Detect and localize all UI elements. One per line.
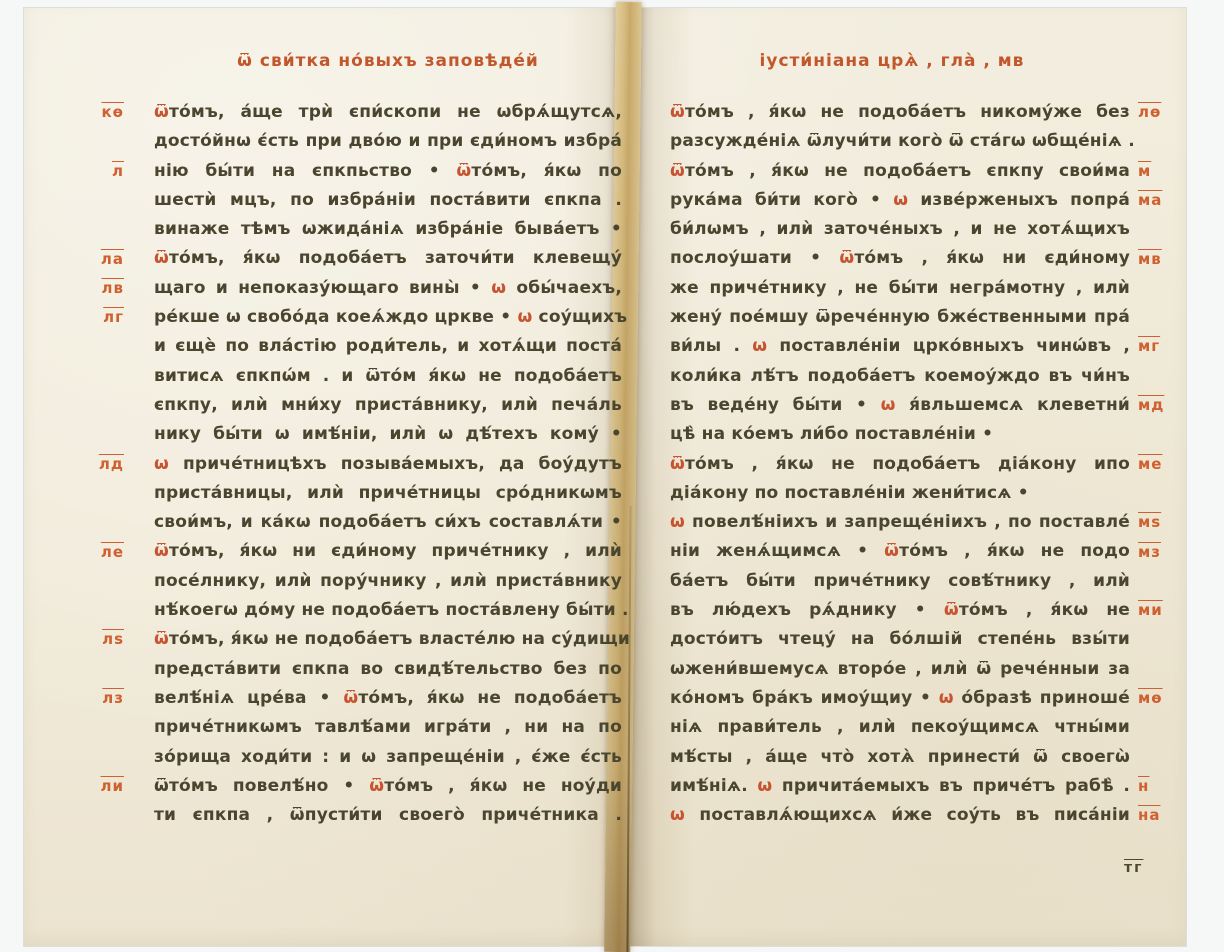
text-line: имѣ́ніѧ. ѡ причита́емыхъ въ приче́тъ раб… [670, 772, 1130, 801]
rubric-initial: ѿ [839, 248, 854, 268]
text-line: приче́тникѡмъ тавлѣ́ами игра́ти , ни на … [154, 713, 622, 742]
left-text-block: ѿто́мъ, а́ще трѝ єпи́скопи не ѡбрѧ́щутсѧ… [154, 98, 622, 830]
text-line: рука́ма би́ти кого̀ • ѡ изве́рженыхъ поп… [670, 186, 1130, 215]
margin-chapter-number: мг [1138, 332, 1186, 361]
margin-chapter-number: ма [1138, 186, 1186, 215]
text-line: ѿто́мъ , я́кѡ не подоба́етъ никому́же бе… [670, 98, 1130, 127]
margin-chapter-number: ла [76, 245, 124, 274]
rubric-initial: ѡ [491, 278, 506, 298]
text-line: ѿто́мъ , я́кѡ не подоба́етъ єпкпу свои́м… [670, 157, 1130, 186]
rubric-initial: ѿ [154, 248, 169, 268]
text-line: ѿто́мъ , я́кѡ не подоба́етъ діа́кону ипо [670, 450, 1130, 479]
text-line: коли́ка лѣ́тъ подоба́етъ коемоу́ждо въ ч… [670, 362, 1130, 391]
rubric-initial: ѿ [154, 541, 169, 561]
rubric-initial: ѡ [939, 688, 954, 708]
margin-chapter-number: лз [76, 684, 124, 713]
margin-chapter-number: мд [1138, 391, 1186, 420]
margin-chapter-number: л [76, 157, 124, 186]
rubric-initial: ѡ [670, 512, 685, 532]
margin-chapter-number: лѳ [1138, 98, 1186, 127]
margin-chapter-number: кѳ [76, 98, 124, 127]
rubric-initial: ѿ [884, 541, 899, 561]
margin-chapter-number: лд [76, 450, 124, 479]
text-line: досто́йнѡ є́сть при дво́ю и при єди́номъ… [154, 127, 622, 156]
rubric-initial: ѿ [670, 454, 685, 474]
rubric-initial: ѡ [154, 454, 169, 474]
text-line: приста́вницы, илѝ приче́тницы сро́дникѡм… [154, 479, 622, 508]
text-line: ніи женѧ́щимсѧ • ѿто́мъ , я́кѡ не подо [670, 537, 1130, 566]
margin-chapter-number: н [1138, 772, 1186, 801]
rubric-initial: ѡ [881, 395, 896, 415]
text-line: ѿто́мъ, я́кѡ не подоба́етъ власте́лю на … [154, 625, 622, 654]
text-line: ѿто́мъ, я́кѡ подоба́етъ заточи́ти клевещ… [154, 244, 622, 273]
margin-chapter-number: ми [1138, 596, 1186, 625]
right-text-block: ѿто́мъ , я́кѡ не подоба́етъ никому́же бе… [670, 98, 1130, 830]
paper-spread: ѿ сви́тка но́выхъ заповѣде́й кѳллалвлглд… [24, 8, 1186, 946]
text-line: винаже тѣмъ ѡжида́ніѧ избра́ніе быва́етъ… [154, 215, 622, 244]
margin-chapter-number: мѳ [1138, 684, 1186, 713]
text-line: послоу́шати • ѿто́мъ , я́кѡ ни єди́ному [670, 244, 1130, 273]
text-line: єпкпу, илѝ мни́ху приста́внику, илѝ печа… [154, 391, 622, 420]
rubric-initial: ѿ [456, 161, 471, 181]
quire-signature: тг [1124, 860, 1172, 876]
text-line: діа́кону по поставле́ніи жени́тисѧ • [670, 479, 1130, 508]
rubric-initial: ѡ [752, 336, 767, 356]
book-scan: ѿ сви́тка но́выхъ заповѣде́й кѳллалвлглд… [0, 0, 1224, 952]
text-line: ѡ поставлѧ́ющихсѧ и́же соу́ть въ писа́ні… [670, 801, 1130, 830]
rubric-initial: ѿ [670, 161, 685, 181]
text-line: нѣ́коегѡ до́му не подоба́етъ поста́влену… [154, 596, 622, 625]
rubric-initial: ѿ [369, 776, 384, 796]
text-line: посе́лнику, илѝ пору́чнику , илѝ приста́… [154, 567, 622, 596]
right-margin-rail: лѳммамвмгмдмемѕмзмимѳнна [1138, 98, 1186, 838]
text-line: свои́мъ, и ка́кѡ подоба́етъ си́хъ состав… [154, 508, 622, 537]
margin-chapter-number: ме [1138, 450, 1186, 479]
text-line: ѡжени́вшемусѧ второ́е , илѝ ѿ рече́нныи … [670, 655, 1130, 684]
text-line: шестѝ мцъ, по избра́ніи поста́вити єпкпа… [154, 186, 622, 215]
text-line: же приче́тнику , не бы́ти негра́мотну , … [670, 274, 1130, 303]
margin-chapter-number: м [1138, 157, 1186, 186]
text-line: досто́итъ чтецу́ на бо́лшій степе́нь взы… [670, 625, 1130, 654]
text-line: и єщѐ по вла́стію роди́тель, и хотѧ́щи п… [154, 332, 622, 361]
text-line: въ лю́дехъ рѧ́днику • ѿто́мъ , я́кѡ не [670, 596, 1130, 625]
text-line: витисѧ єпкпѡ́м . и ѿто́м я́кѡ не подоба́… [154, 362, 622, 391]
text-line: ѡ повелѣ́ніихъ и запреще́ніихъ , по пост… [670, 508, 1130, 537]
rubric-initial: ѿ [154, 629, 169, 649]
margin-chapter-number: лв [76, 274, 124, 303]
text-line: зо́рища ходи́ти : и ѡ запреще́ніи , є́же… [154, 743, 622, 772]
rubric-initial: ѿ [670, 102, 685, 122]
left-margin-rail: кѳллалвлглдлелѕлзли [76, 98, 124, 838]
text-line: велѣ́ніѧ цре́ва • ѿто́мъ, я́кѡ не подоба… [154, 684, 622, 713]
rubric-initial: ѡ [757, 776, 772, 796]
text-line: ре́кше ѡ свобо́да коеѧ́ждо цркве • ѡ соу… [154, 303, 622, 332]
rubric-initial: ѿ [944, 600, 959, 620]
text-line: ти єпкпа , ѿпусти́ти своего̀ приче́тника… [154, 801, 622, 830]
margin-chapter-number: мв [1138, 245, 1186, 274]
text-line: ко́номъ бра́къ имоу́щиу • ѡ о́бразѣ прин… [670, 684, 1130, 713]
text-line: ѡ приче́тницѣхъ позыва́емыхъ, да боу́дут… [154, 450, 622, 479]
text-line: ба́етъ бы́ти приче́тнику совѣ́тнику , ил… [670, 567, 1130, 596]
right-running-header: іусти́ніана црѧ̀ , гла̀ , мв [672, 48, 1112, 74]
text-line: ѿто́мъ, а́ще трѝ єпи́скопи не ѡбрѧ́щутсѧ… [154, 98, 622, 127]
text-line: би́лѡмъ , илѝ заточе́ныхъ , и не хотѧ́щи… [670, 215, 1130, 244]
margin-chapter-number: ли [76, 772, 124, 801]
text-line: ѿто́мъ, я́кѡ ни єди́ному приче́тнику , и… [154, 537, 622, 566]
text-line: цѣ̀ на ко́емъ ли́бо поставле́ніи • [670, 420, 1130, 449]
rubric-initial: ѡ [670, 805, 685, 825]
margin-chapter-number: ле [76, 538, 124, 567]
text-line: разсужде́ніѧ ѿлучи́ти кого̀ ѿ ста́гѡ ѡбщ… [670, 127, 1130, 156]
text-line: ніѧ прави́тель , илѝ пекоу́щимсѧ чтны́ми [670, 713, 1130, 742]
text-line: нію бы́ти на єпкпьство • ѿто́мъ, я́кѡ по [154, 157, 622, 186]
rubric-initial: ѿ [343, 688, 358, 708]
left-running-header: ѿ сви́тка но́выхъ заповѣде́й [152, 48, 624, 74]
text-line: мѣ́сты , а́ще что̀ хотѧ̀ принести́ ѿ сво… [670, 743, 1130, 772]
text-line: жену́ пое́мшу ѿрече́нную бже́ственными п… [670, 303, 1130, 332]
margin-chapter-number: лг [76, 303, 124, 332]
rubric-initial: ѿ [154, 102, 169, 122]
text-line: въ веде́ну бы́ти • ѡ я́вльшемсѧ клеветни… [670, 391, 1130, 420]
margin-chapter-number: мз [1138, 538, 1186, 567]
text-line: предста́вити єпкпа во свидѣ́тельство без… [154, 655, 622, 684]
margin-chapter-number: мѕ [1138, 508, 1186, 537]
rubric-initial: ѡ [893, 190, 908, 210]
text-line: ѿто́мъ повелѣ́но • ѿто́мъ , я́кѡ не ноу́… [154, 772, 622, 801]
text-line: нику бы́ти ѡ имѣ́ніи, илѝ ѡ дѣ́техъ кому… [154, 420, 622, 449]
margin-chapter-number: на [1138, 801, 1186, 830]
text-line: щаго и непоказу́ющаго вины̀ • ѡ обы́чаех… [154, 274, 622, 303]
margin-chapter-number: лѕ [76, 625, 124, 654]
rubric-initial: ѡ [517, 307, 532, 327]
text-line: ви́лы . ѡ поставле́ніи црко́вныхъ чинѡ́в… [670, 332, 1130, 361]
